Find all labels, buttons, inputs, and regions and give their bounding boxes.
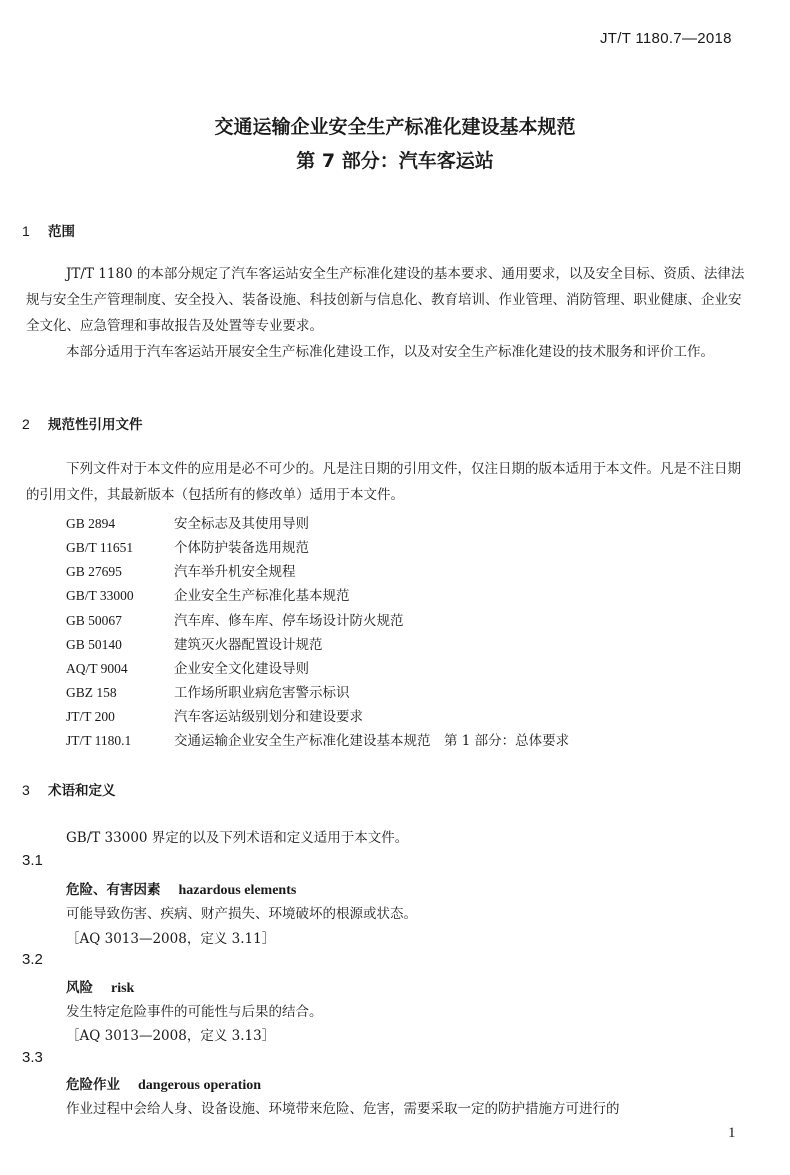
reference-title: 企业安全生产标准化基本规范 (174, 588, 350, 604)
term-source: ［AQ 3013—2008，定义 3.11］ (66, 927, 275, 947)
reference-title: 安全标志及其使用导则 (174, 516, 309, 532)
reference-item: GB 50067汽车库、修车库、停车场设计防火规范 (66, 609, 404, 629)
reference-code: GBZ 158 (66, 685, 174, 701)
reference-code: AQ/T 9004 (66, 661, 174, 677)
section-heading-scope: 1范围 (22, 220, 75, 240)
reference-title: 个体防护装备选用规范 (174, 540, 309, 556)
document-title: 交通运输企业安全生产标准化建设基本规范 (0, 112, 790, 139)
reference-title: 汽车客运站级别划分和建设要求 (174, 709, 363, 725)
section-title: 范围 (48, 224, 75, 240)
reference-code: GB 50067 (66, 613, 174, 629)
scope-paragraph-2: 本部分适用于汽车客运站开展安全生产标准化建设工作，以及对安全生产标准化建设的技术… (26, 339, 752, 365)
reference-code: GB 2894 (66, 516, 174, 532)
term-definition: 发生特定危险事件的可能性与后果的结合。 (66, 1000, 323, 1020)
term-en: dangerous operation (138, 1078, 261, 1093)
reference-title: 企业安全文化建设导则 (174, 661, 309, 677)
reference-item: GBZ 158工作场所职业病危害警示标识 (66, 681, 350, 701)
reference-item: GB 2894安全标志及其使用导则 (66, 512, 309, 532)
reference-code: JT/T 1180.1 (66, 733, 174, 749)
reference-title: 工作场所职业病危害警示标识 (174, 685, 350, 701)
section-heading-normative-references: 2规范性引用文件 (22, 413, 143, 433)
reference-item: AQ/T 9004企业安全文化建设导则 (66, 657, 309, 677)
reference-item: GB 50140建筑灭火器配置设计规范 (66, 633, 323, 653)
reference-item: GB 27695汽车举升机安全规程 (66, 560, 296, 580)
reference-title: 汽车库、修车库、停车场设计防火规范 (174, 613, 404, 629)
document-subtitle: 第 7 部分：汽车客运站 (0, 146, 790, 173)
term-source: ［AQ 3013—2008，定义 3.13］ (66, 1024, 275, 1044)
references-intro: 下列文件对于本文件的应用是必不可少的。凡是注日期的引用文件，仅注日期的版本适用于… (26, 456, 752, 508)
section-number: 2 (22, 416, 48, 432)
reference-title: 汽车举升机安全规程 (174, 564, 296, 580)
term-definition: 作业过程中会给人身、设备设施、环境带来危险、危害，需要采取一定的防护措施方可进行… (66, 1097, 620, 1117)
reference-title: 建筑灭火器配置设计规范 (174, 637, 323, 653)
reference-item: GB/T 33000企业安全生产标准化基本规范 (66, 584, 350, 604)
section-number: 1 (22, 223, 48, 239)
terms-intro: GB/T 33000 界定的以及下列术语和定义适用于本文件。 (66, 826, 408, 846)
clause-number: 3.3 (22, 1049, 43, 1066)
page-number: 1 (728, 1125, 736, 1142)
term-zh: 危险作业 (66, 1077, 120, 1093)
reference-code: GB 50140 (66, 637, 174, 653)
clause-number: 3.2 (22, 951, 43, 968)
reference-code: GB 27695 (66, 564, 174, 580)
term-zh: 风险 (66, 980, 93, 996)
standard-code: JT/T 1180.7—2018 (600, 30, 732, 47)
section-title: 规范性引用文件 (48, 417, 143, 433)
term-definition: 可能导致伤害、疾病、财产损失、环境破坏的根源或状态。 (66, 902, 417, 922)
reference-code: GB/T 33000 (66, 588, 174, 604)
reference-item: JT/T 200汽车客运站级别划分和建设要求 (66, 705, 363, 725)
section-title: 术语和定义 (48, 783, 116, 799)
term-zh: 危险、有害因素 (66, 882, 161, 898)
reference-item: JT/T 1180.1交通运输企业安全生产标准化建设基本规范 第 1 部分：总体… (66, 729, 569, 749)
term-entry: 危险作业dangerous operation (66, 1073, 261, 1094)
reference-code: GB/T 11651 (66, 540, 174, 556)
term-entry: 危险、有害因素hazardous elements (66, 878, 296, 899)
term-en: risk (111, 981, 134, 996)
reference-item: GB/T 11651个体防护装备选用规范 (66, 536, 309, 556)
scope-paragraph-1: JT/T 1180 的本部分规定了汽车客运站安全生产标准化建设的基本要求、通用要… (26, 261, 752, 339)
reference-code: JT/T 200 (66, 709, 174, 725)
reference-title: 交通运输企业安全生产标准化建设基本规范 第 1 部分：总体要求 (174, 733, 569, 749)
term-entry: 风险risk (66, 976, 134, 997)
section-heading-terms-definitions: 3术语和定义 (22, 779, 116, 799)
term-en: hazardous elements (179, 883, 297, 898)
section-number: 3 (22, 782, 48, 798)
clause-number: 3.1 (22, 852, 43, 869)
